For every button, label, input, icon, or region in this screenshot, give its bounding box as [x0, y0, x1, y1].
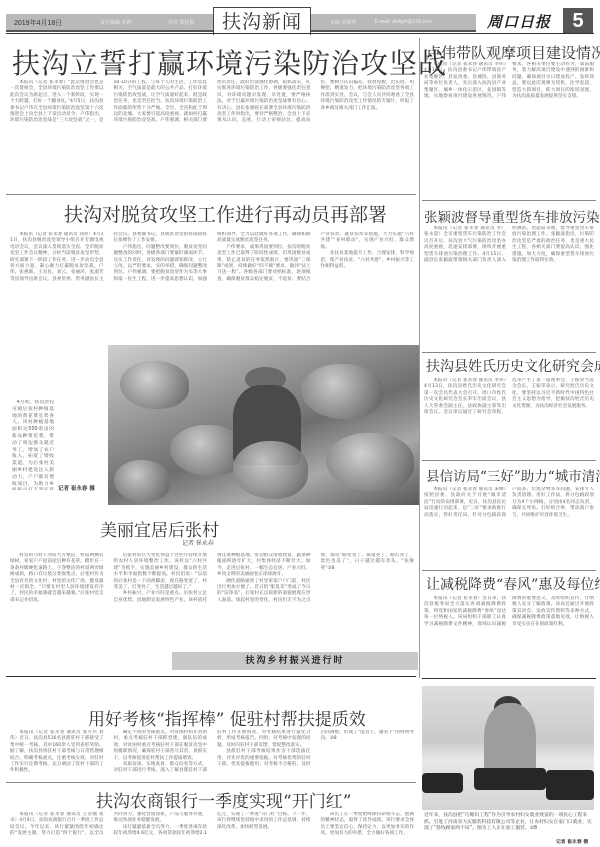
factory-photo-caption: 近年来，扶沟县把“巧媳妇工程”作为引导农村妇女就业致富的一项民心工程来抓，引进了…: [424, 813, 594, 839]
petition-bureau-headline: 县信访局“三好”助力“城市清洁”行动: [426, 465, 600, 485]
assessment-article-body: 本报讯（记者 崔永春 通讯员 张方兵 刘伟）近日，扶沟县516名县派驻村干部接受…: [10, 730, 414, 778]
divider: [422, 460, 596, 461]
designer-label: 美编 刘炳佳: [330, 19, 356, 26]
surname-society-article-body: 本报讯（记者 崔永春 通讯员 李伟）4月13日，扶沟县姓氏历史文化研究会第一次会…: [424, 378, 594, 458]
masthead-rule: [6, 33, 594, 34]
petition-bureau-article-body: 本报讯（记者 崔永春 通讯员 朱峰）按照县委、县政府关于开展“城市清洁”行动的安…: [424, 487, 594, 567]
poverty-headline: 扶沟对脱贫攻坚工作进行再动员再部署: [64, 200, 387, 227]
tax-cut-headline: 让减税降费“春风”惠及每位纳税人: [426, 574, 600, 594]
rural-revitalization-banner: 扶沟乡村振兴进行时: [172, 652, 418, 670]
issue-date: 2019年4月18日: [14, 18, 62, 28]
divider: [6, 782, 416, 783]
factory-photo-credit: 记者 崔永春 摄: [556, 838, 588, 845]
tax-cut-article-body: 本报讯（记者 崔永春）连日来，扶沟县税务局全力落实各项减税降费政策，将党和国家的…: [424, 596, 594, 674]
poverty-article-body: 本报讯（记者 崔永春 通讯员 刘亮）4月11日，扶沟县脱贫攻坚领导小组召开专题电…: [10, 232, 414, 342]
village-byline: 记者 崔永春: [182, 538, 214, 547]
divider: [422, 678, 596, 679]
divider: [6, 194, 416, 195]
project-headline: 卢伟带队观摩项目建设情况: [426, 42, 600, 63]
column-divider: [419, 38, 420, 678]
village-article-body: 村容的马村干净而大方整洁，村道两侧有绿树，家家户户屋前屋后种有花草。踏步在一条条…: [10, 553, 414, 649]
divider: [6, 676, 416, 677]
editor-label: 责任编辑 李莉: [100, 19, 131, 26]
page-number: 5: [563, 8, 593, 34]
surname-society-headline: 扶沟县姓氏历史文化研究会成立: [426, 356, 600, 376]
photo-garment-factory: [422, 686, 594, 810]
bank-headline: 扶沟农商银行一季度实现“开门红”: [96, 787, 351, 812]
main-article-body: 本报讯（记者 崔永春）“此次推进会也是一次誓师会，全县环境污染防治攻坚工作要以此…: [10, 80, 414, 192]
photo-story-credit: 记者 崔永春 摄: [58, 484, 95, 492]
proof-label: 校对 郭桂霞: [168, 19, 194, 26]
photo-story-caption: 4月初，扶沟县包屯镇后张村种植基地的黄花菜长势喜人。该村种植基地面积达500余亩…: [12, 400, 54, 490]
assessment-headline: 用好考核“指挥棒” 促驻村帮扶提质效: [88, 705, 366, 730]
masthead: 2019年4月18日 责任编辑 李莉 校对 郭桂霞 扶沟新闻 美编 刘炳佳 E-…: [0, 0, 600, 40]
project-article-body: 本报讯（记者 崔永春 通讯员 李伟）4月10日，扶沟县委书记户伟带领县产业集聚区…: [424, 62, 594, 196]
divider: [422, 570, 596, 571]
truck-emission-article-body: 本报讯（记者 崔永春 通讯员 李广 张永超）全市重型货车污染防治工作会议召开后，…: [424, 226, 594, 348]
main-headline: 扶沟立誓打赢环境污染防治攻坚战: [12, 42, 447, 82]
email-label: E-mail: zkrbjzh@126.com: [375, 19, 432, 25]
photo-daylily-field: [108, 345, 420, 505]
paper-name-logo: 周口日报: [487, 11, 551, 32]
divider: [422, 352, 596, 353]
section-title: 扶沟新闻: [213, 7, 311, 35]
divider: [422, 200, 596, 201]
truck-emission-headline: 张颖波督导重型货车排放污染治理工作: [424, 206, 600, 226]
bank-article-body: 本报讯（记者 崔永春 通讯员 王崇丽 张卓）4月4日，扶沟农商银行召开一季度工作…: [10, 812, 414, 844]
